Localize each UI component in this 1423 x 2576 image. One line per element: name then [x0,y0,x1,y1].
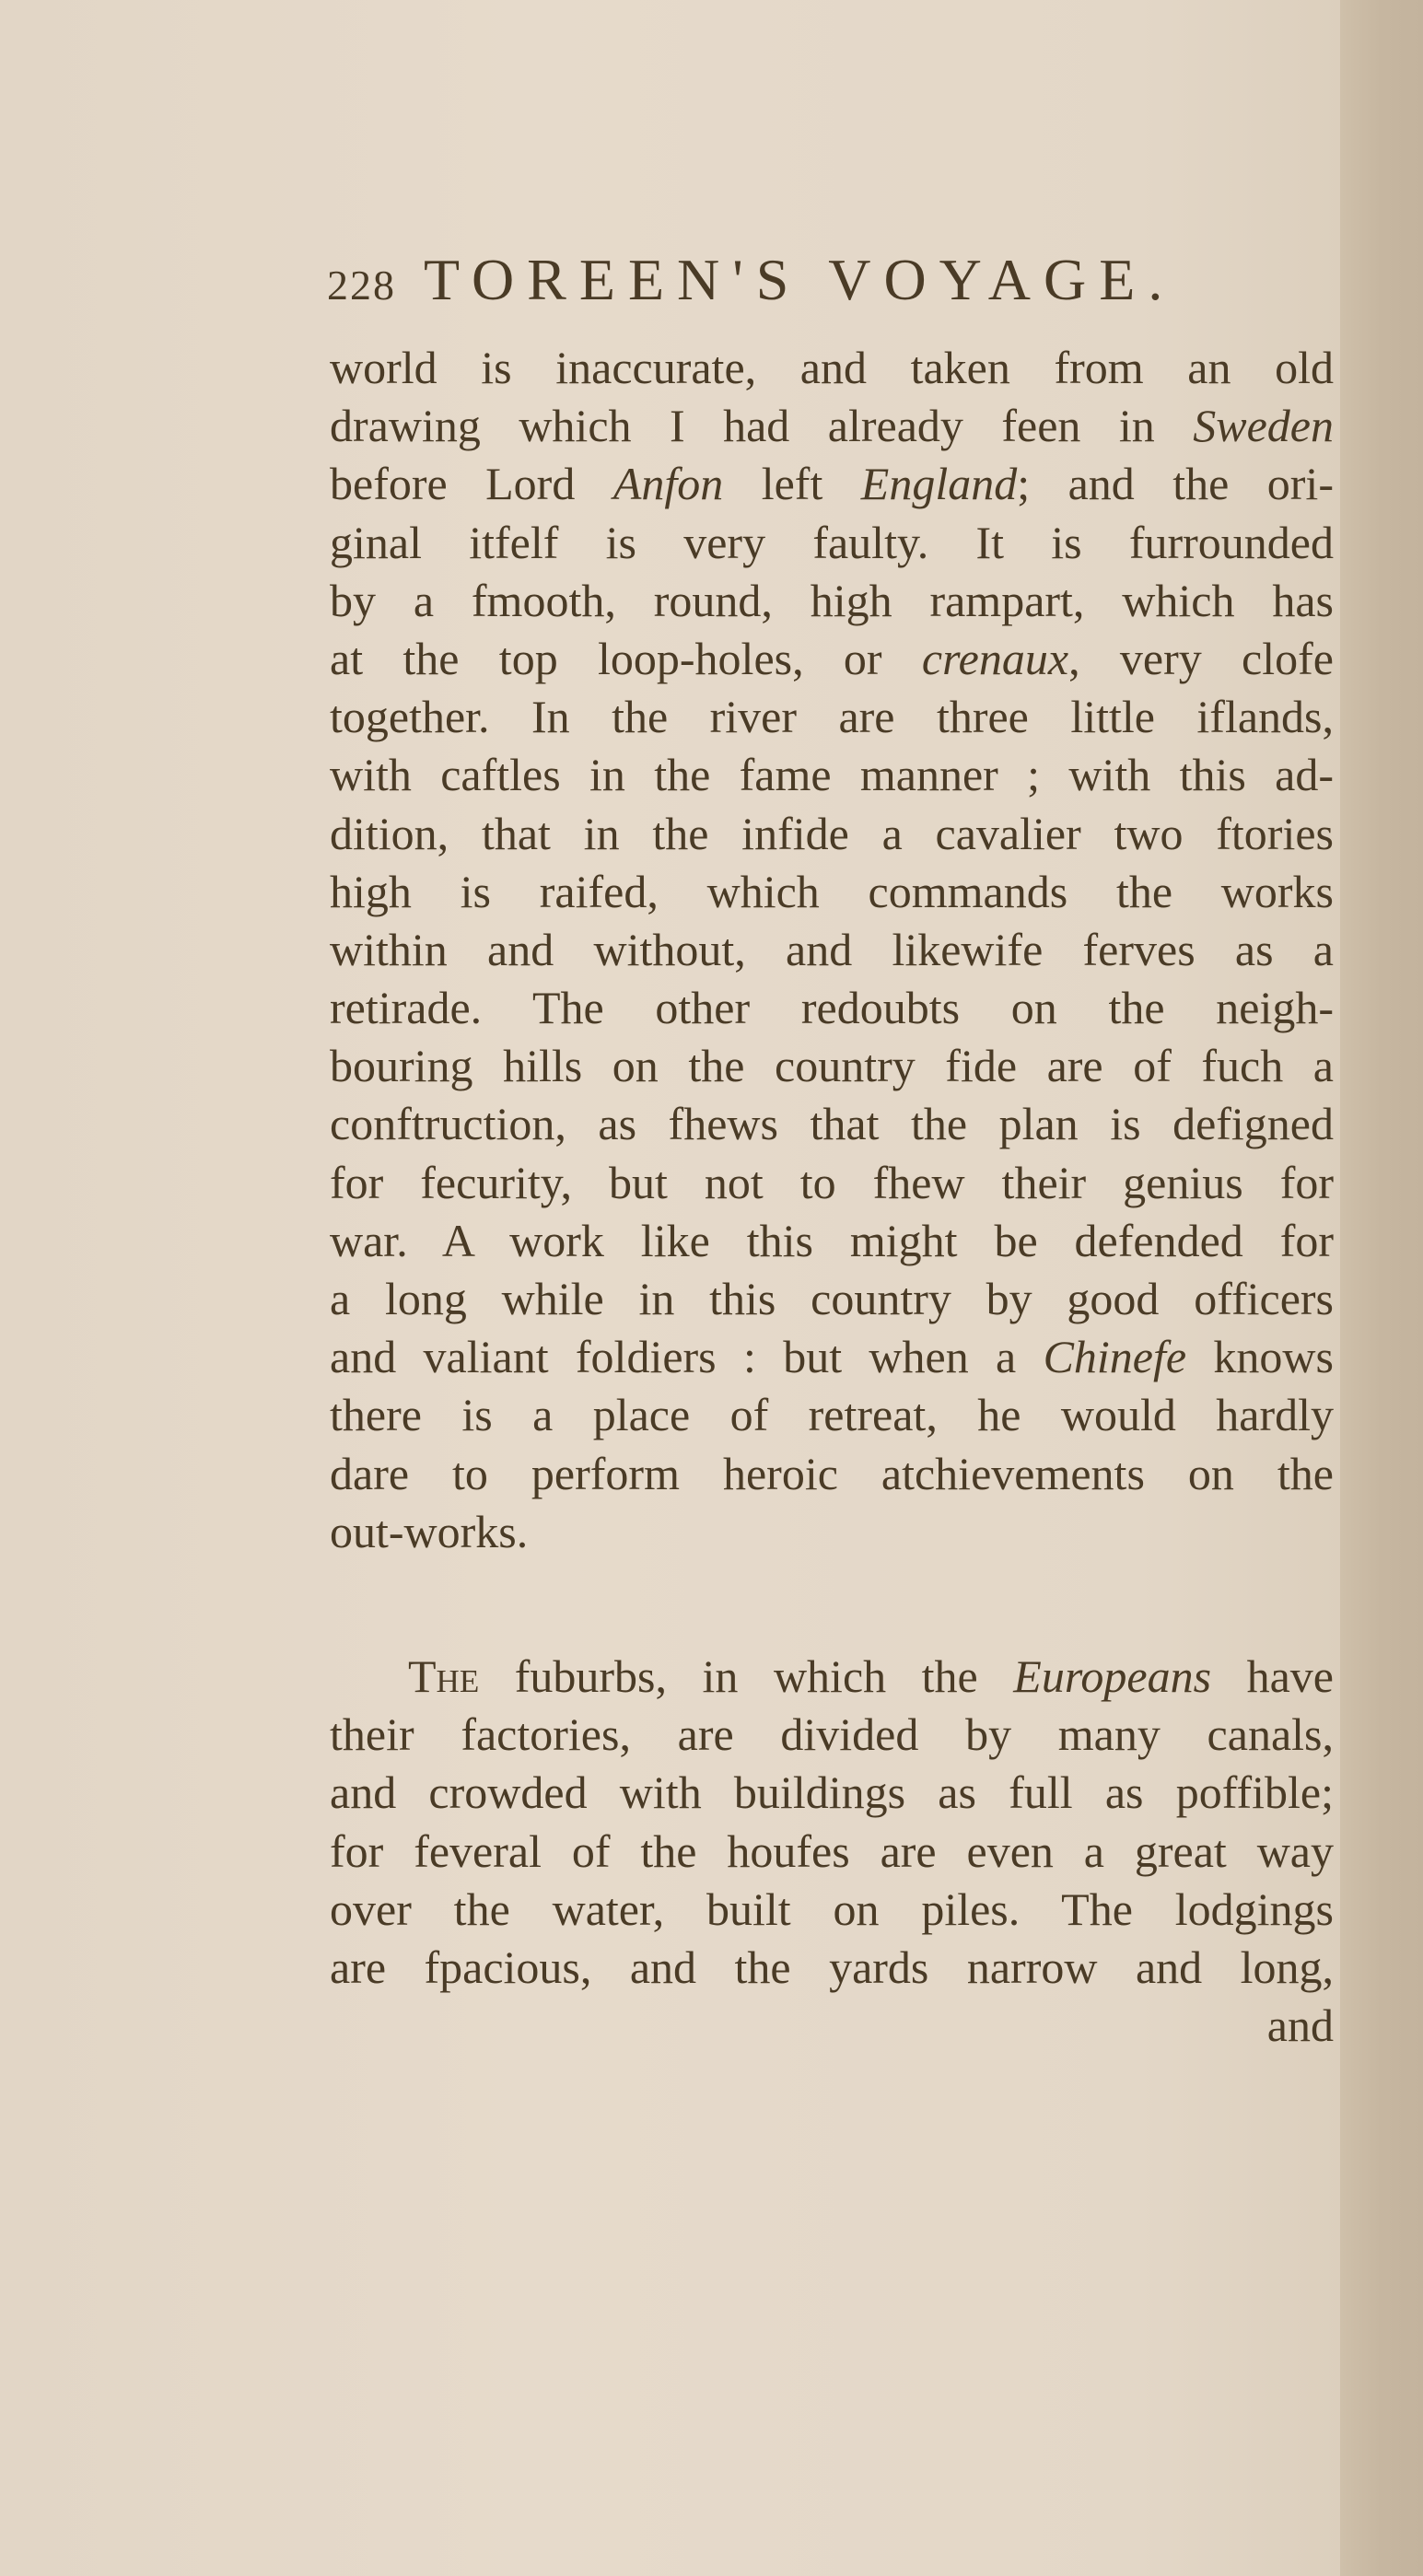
text-line: dare to perform heroic atchievements on … [330,1445,1334,1503]
page-edge-shadow [1340,0,1423,2576]
text-line: a long while in this country by good off… [330,1270,1334,1328]
text-line: conftruction, as fhews that the plan is … [330,1095,1334,1153]
paragraph-2: The fuburbs, in which the Europeans have… [330,1648,1334,1997]
text-line: before Lord Anfon left England; and the … [330,455,1334,513]
text-line: their factories, are divided by many can… [330,1706,1334,1764]
text-line: together. In the river are three little … [330,688,1334,746]
text-line: with caftles in the fame manner ; with t… [330,746,1334,804]
text-line: there is a place of retreat, he would ha… [330,1386,1334,1444]
paragraph-gap [330,1561,1334,1648]
text-line: retirade. The other redoubts on the neig… [330,979,1334,1037]
text-line: over the water, built on piles. The lodg… [330,1881,1334,1939]
running-head: 228TOREEN'S VOYAGE. [327,251,1340,309]
paragraph-1: world is inaccurate, and taken from an o… [330,339,1334,1561]
italic-term: Chinefe [1044,1331,1187,1382]
text-line: for fecurity, but not to fhew their geni… [330,1154,1334,1212]
italic-term: Europeans [1013,1650,1211,1702]
text-line: within and without, and likewife ferves … [330,921,1334,979]
running-title: TOREEN'S VOYAGE. [424,247,1175,312]
catchword: and [330,1997,1334,2055]
body-text: world is inaccurate, and taken from an o… [330,339,1334,2055]
text-line: drawing which I had already feen in Swed… [330,397,1334,455]
text-line: dition, that in the infide a cavalier tw… [330,805,1334,863]
italic-term: crenaux [922,633,1068,684]
small-caps-initial: The [408,1650,479,1702]
text-line: and crowded with buildings as full as po… [330,1764,1334,1822]
text-line: and valiant foldiers : but when a Chinef… [330,1328,1334,1386]
text-line: are fpacious, and the yards narrow and l… [330,1939,1334,1997]
text-line: high is raifed, which commands the works [330,863,1334,921]
text-line: bouring hills on the country fide are of… [330,1037,1334,1095]
text-line: out-works. [330,1503,1334,1561]
text-line: ginal itfelf is very faulty. It is furro… [330,514,1334,572]
page-number: 228 [327,262,396,309]
text-line: at the top loop-holes, or crenaux, very … [330,630,1334,688]
italic-term: Sweden [1193,400,1334,451]
italic-term: England [861,458,1017,509]
text-line: The fuburbs, in which the Europeans have [330,1648,1334,1706]
text-line: war. A work like this might be defended … [330,1212,1334,1270]
text-line: world is inaccurate, and taken from an o… [330,339,1334,397]
text-line: for feveral of the houfes are even a gre… [330,1823,1334,1881]
italic-term: Anfon [613,458,723,509]
text-line: by a fmooth, round, high rampart, which … [330,572,1334,630]
